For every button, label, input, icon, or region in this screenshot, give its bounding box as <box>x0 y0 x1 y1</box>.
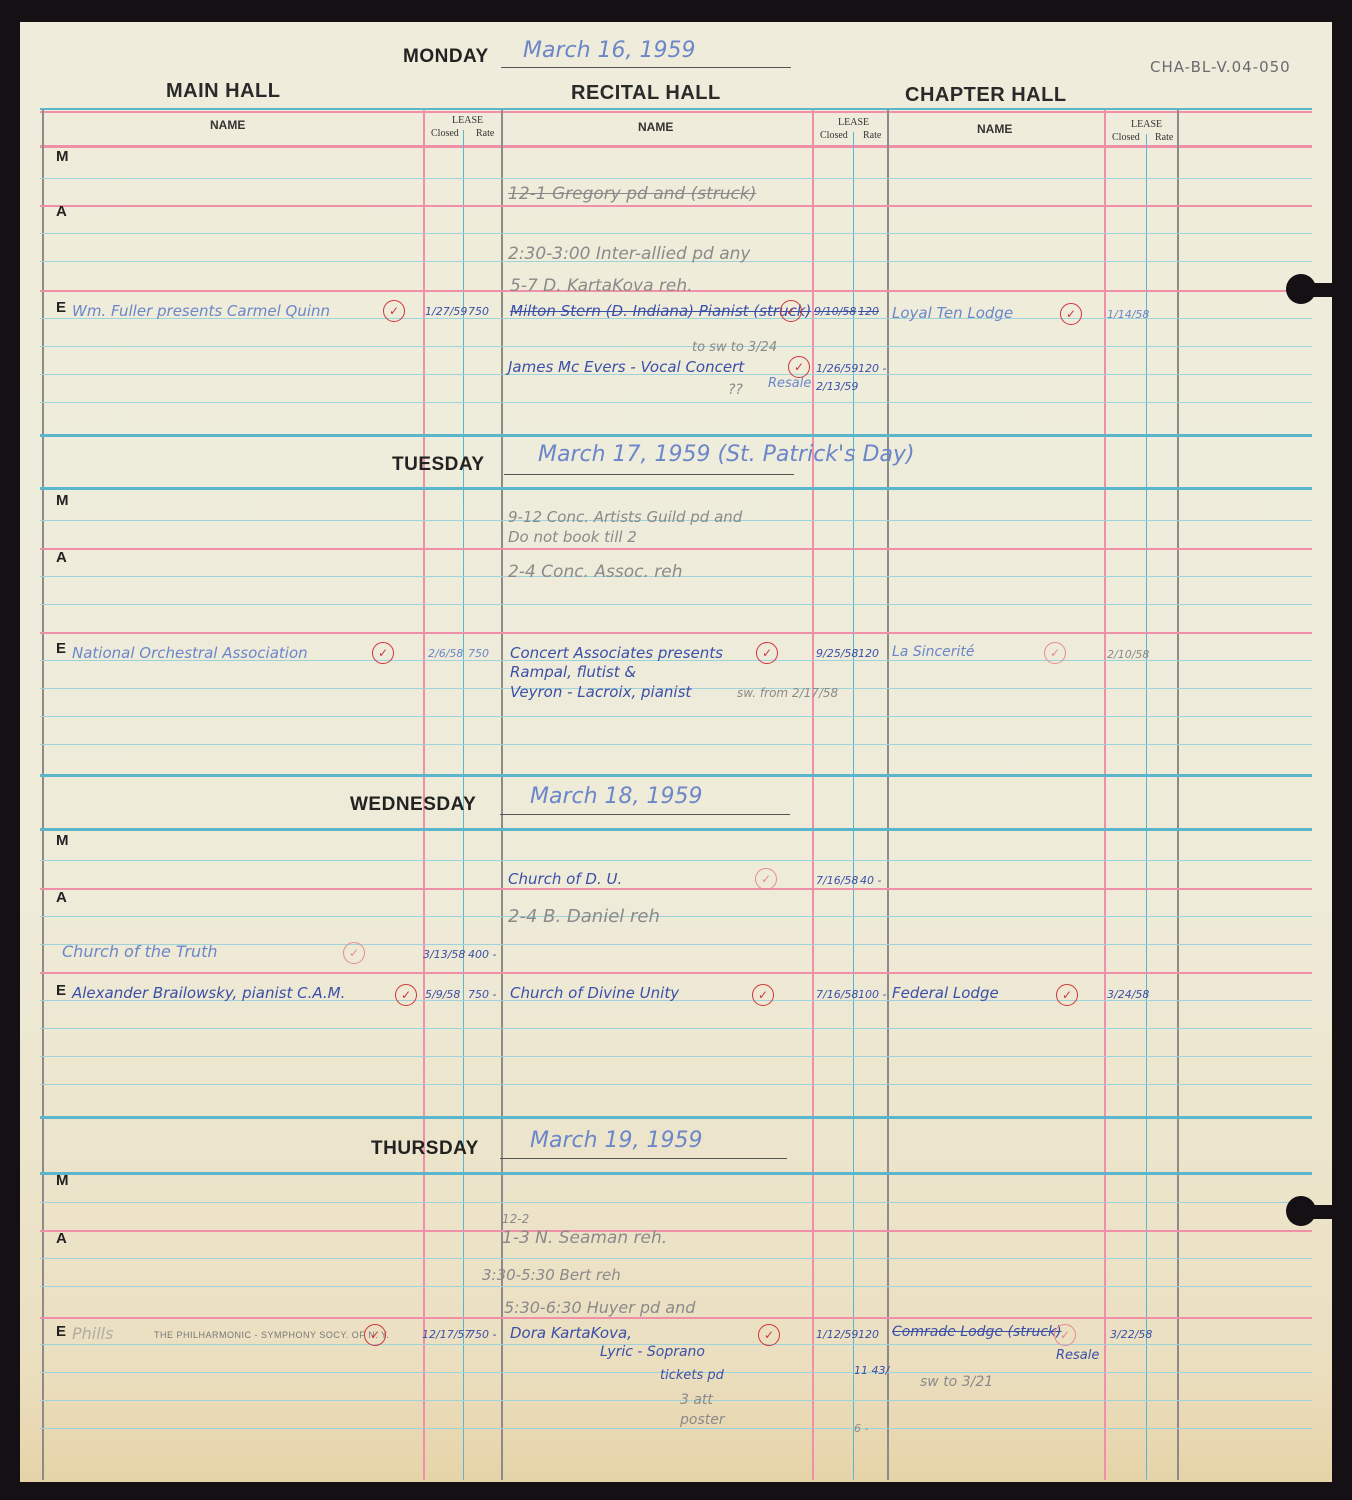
check-mark-icon: ✓ <box>780 300 802 322</box>
header-bottom-rule <box>40 145 1312 148</box>
thursday-main-evening-rate: 750 - <box>468 1328 496 1341</box>
thursday-recital-poster: poster <box>680 1412 725 1428</box>
main-name-header: NAME <box>210 118 245 132</box>
wednesday-main-afternoon-name: Church of the Truth <box>62 942 218 961</box>
monday-recital-evening2-rate: 120 - <box>858 362 886 375</box>
monday-recital-evening2-closed2: 2/13/59 <box>816 380 858 393</box>
wednesday-start-rule <box>40 828 1312 831</box>
thursday-main-stamp: THE PHILHARMONIC - SYMPHONY SOCY. OF N. … <box>154 1330 389 1340</box>
thursday-chapter-resale: Resale <box>1056 1348 1099 1363</box>
wednesday-recital-afternoon-closed: 7/16/58 <box>816 874 858 887</box>
monday-recital-evening-rate: 120 <box>858 305 879 318</box>
chapter-rate-header: Rate <box>1155 132 1173 143</box>
recital-closed-header: Closed <box>820 130 848 141</box>
recital-name-header: NAME <box>638 120 673 134</box>
thursday-chapter-evening-closed: 3/22/58 <box>1110 1328 1152 1341</box>
reference-code: CHA-BL-V.04-050 <box>1150 58 1291 76</box>
rule <box>40 1428 1312 1429</box>
rule <box>40 1317 1312 1319</box>
rule <box>40 1258 1312 1259</box>
thursday-period-e: E <box>56 1323 66 1340</box>
rule <box>40 944 1312 945</box>
thursday-recital-evening-closed: 1/12/59 <box>816 1328 858 1341</box>
monday-recital-evening2-name: James Mc Evers - Vocal Concert <box>508 358 744 376</box>
check-mark-icon: ✓ <box>1060 303 1082 325</box>
check-mark-icon: ✓ <box>755 868 777 890</box>
wednesday-recital-evening-rate: 100 - <box>858 988 886 1001</box>
chapter-start-rule <box>887 110 889 1480</box>
monday-period-e: E <box>56 299 66 316</box>
rule <box>40 1400 1312 1401</box>
check-mark-icon: ✓ <box>364 1324 386 1346</box>
wednesday-main-afternoon-rate: 400 - <box>468 948 496 961</box>
wednesday-recital-evening-closed: 7/16/58 <box>816 988 858 1001</box>
chapter-closed-rule <box>1104 110 1106 1480</box>
rule <box>40 888 1312 890</box>
check-mark-icon: ✓ <box>1056 984 1078 1006</box>
rule <box>40 916 1312 917</box>
monday-label: MONDAY <box>403 46 489 68</box>
thursday-recital-evening-rate3: 6 - <box>854 1422 868 1435</box>
monday-recital-note-3: 5-7 D. KartaKova reh. <box>510 276 693 296</box>
tuesday-date-line <box>504 474 794 475</box>
main-hall-title: MAIN HALL <box>166 80 280 103</box>
thursday-date-line <box>500 1158 787 1159</box>
rule <box>40 1028 1312 1029</box>
rule <box>40 548 1312 550</box>
monday-recital-evening2-sub: ?? <box>728 382 743 398</box>
wednesday-recital-afternoon-rate: 40 - <box>860 874 881 887</box>
thursday-recital-att: 3 att <box>680 1392 713 1408</box>
thursday-recital-note-4: 5:30-6:30 Huyer pd and <box>504 1298 695 1317</box>
rule <box>40 205 1312 207</box>
thursday-recital-evening-name: Dora KartaKova, <box>510 1324 632 1342</box>
wednesday-period-m: M <box>56 832 69 849</box>
wednesday-chapter-evening-closed: 3/24/58 <box>1107 988 1149 1001</box>
monday-recital-switch-note: to sw to 3/24 <box>692 340 777 355</box>
check-mark-icon: ✓ <box>1054 1324 1076 1346</box>
rule <box>40 1230 1312 1232</box>
header-top-rule <box>40 108 1312 110</box>
recital-rate-header: Rate <box>863 130 881 141</box>
check-mark-icon: ✓ <box>395 984 417 1006</box>
recital-hall-title: RECITAL HALL <box>571 82 721 105</box>
monday-period-m: M <box>56 148 69 165</box>
rule <box>40 1202 1312 1203</box>
recital-rate-rule <box>853 132 854 1480</box>
thursday-recital-note-1: 12-2 <box>502 1212 529 1226</box>
booking-ledger-page: CHA-BL-V.04-050 MAIN HALL RECITAL HALL C… <box>20 22 1332 1482</box>
tuesday-label: TUESDAY <box>392 454 485 476</box>
tuesday-period-a: A <box>56 549 67 566</box>
tuesday-recital-evening-closed: 9/25/58 <box>816 647 858 660</box>
monday-chapter-evening-name: Loyal Ten Lodge <box>892 304 1013 322</box>
wednesday-recital-afternoon-name: Church of D. U. <box>508 870 622 888</box>
recital-lease-header: LEASE <box>838 117 869 128</box>
rule <box>40 1286 1312 1287</box>
monday-main-evening-name: Wm. Fuller presents Carmel Quinn <box>72 302 330 320</box>
rule <box>40 972 1312 974</box>
rule <box>40 632 1312 634</box>
wednesday-recital-note-1: 2-4 B. Daniel reh <box>508 906 660 927</box>
wednesday-end-rule <box>40 1116 1312 1119</box>
check-mark-icon: ✓ <box>343 942 365 964</box>
tuesday-recital-note-2: Do not book till 2 <box>508 528 637 546</box>
rule <box>40 346 1312 347</box>
monday-period-a: A <box>56 203 67 220</box>
chapter-name-header: NAME <box>977 122 1012 136</box>
monday-recital-evening-closed: 9/10/58 <box>814 305 856 318</box>
wednesday-chapter-evening-name: Federal Lodge <box>892 984 999 1002</box>
main-closed-header: Closed <box>431 128 459 139</box>
monday-date: March 16, 1959 <box>523 38 696 63</box>
monday-main-evening-closed: 1/27/59 <box>425 305 467 318</box>
check-mark-icon: ✓ <box>372 642 394 664</box>
rule <box>40 860 1312 861</box>
thursday-recital-note-3: 3:30-5:30 Bert reh <box>482 1266 621 1284</box>
tuesday-recital-evening-rate: 120 <box>858 647 879 660</box>
tuesday-main-evening-closed: 2/6/58 <box>428 647 463 660</box>
chapter-hall-title: CHAPTER HALL <box>905 84 1067 107</box>
monday-recital-note-2: 2:30-3:00 Inter-allied pd any <box>508 244 750 264</box>
tuesday-recital-switch-note: sw. from 2/17/58 <box>737 686 838 700</box>
wednesday-label: WEDNESDAY <box>350 794 476 816</box>
thursday-main-evening-closed: 12/17/57 <box>422 1328 471 1341</box>
thursday-recital-tickets: tickets pd <box>660 1368 724 1383</box>
monday-recital-evening-name: Milton Stern (D. Indiana) Pianist (struc… <box>510 302 811 320</box>
tuesday-period-m: M <box>56 492 69 509</box>
thursday-label: THURSDAY <box>371 1138 479 1160</box>
rule <box>40 1056 1312 1057</box>
wednesday-main-evening-closed: 5/9/58 <box>425 988 460 1001</box>
tuesday-period-e: E <box>56 640 66 657</box>
wednesday-main-evening-name: Alexander Brailowsky, pianist C.A.M. <box>72 984 345 1002</box>
main-rate-header: Rate <box>476 128 494 139</box>
check-mark-icon: ✓ <box>752 984 774 1006</box>
tuesday-date: March 17, 1959 (St. Patrick's Day) <box>538 442 915 467</box>
thursday-chapter-switch-note: sw to 3/21 <box>920 1374 993 1390</box>
monday-main-evening-rate: 750 <box>468 305 489 318</box>
thursday-recital-evening-sub: Lyric - Soprano <box>600 1344 705 1360</box>
wednesday-recital-evening-name: Church of Divine Unity <box>510 984 679 1002</box>
monday-recital-note-1: 12-1 Gregory pd and (struck) <box>508 184 756 204</box>
tuesday-recital-evening-line-2: Rampal, flutist & <box>510 663 636 681</box>
check-mark-icon: ✓ <box>1044 642 1066 664</box>
right-margin-rule <box>1177 110 1179 1480</box>
check-mark-icon: ✓ <box>756 642 778 664</box>
tuesday-chapter-evening-name: La Sincerité <box>892 644 975 660</box>
rule <box>40 1084 1312 1085</box>
left-margin-rule <box>42 110 44 1480</box>
chapter-lease-header: LEASE <box>1131 119 1162 130</box>
tuesday-start-rule <box>40 487 1312 490</box>
tuesday-recital-evening-line-1: Concert Associates presents <box>510 644 723 662</box>
check-mark-icon: ✓ <box>788 356 810 378</box>
wednesday-period-a: A <box>56 889 67 906</box>
wednesday-date-line <box>500 814 790 815</box>
tuesday-recital-note-3: 2-4 Conc. Assoc. reh <box>508 562 683 582</box>
check-mark-icon: ✓ <box>383 300 405 322</box>
monday-recital-evening2-closed: 1/26/59 <box>816 362 858 375</box>
wednesday-main-afternoon-closed: 3/13/58 <box>423 948 465 961</box>
tuesday-recital-evening-line-3: Veyron - Lacroix, pianist <box>510 683 691 701</box>
tuesday-chapter-evening-closed: 2/10/58 <box>1107 648 1149 661</box>
rule <box>40 604 1312 605</box>
main-lease-header: LEASE <box>452 115 483 126</box>
header-top-rule-pink <box>40 111 1312 113</box>
thursday-start-rule <box>40 1172 1312 1175</box>
rule <box>40 233 1312 234</box>
thursday-main-evening-name: Phills <box>72 1324 113 1343</box>
thursday-period-a: A <box>56 1230 67 1247</box>
monday-date-line <box>501 67 791 68</box>
binder-hole-slot <box>1300 283 1340 297</box>
wednesday-period-e: E <box>56 982 66 999</box>
monday-end-rule <box>40 434 1312 437</box>
rule <box>40 716 1312 717</box>
monday-recital-resale: Resale <box>768 376 811 391</box>
wednesday-date: March 18, 1959 <box>530 784 703 809</box>
rule <box>40 178 1312 179</box>
rule <box>40 402 1312 403</box>
thursday-period-m: M <box>56 1172 69 1189</box>
wednesday-main-evening-rate: 750 - <box>468 988 496 1001</box>
thursday-recital-evening-rate: 120 <box>858 1328 879 1341</box>
chapter-closed-header: Closed <box>1112 132 1140 143</box>
thursday-recital-evening-rate2: 11 43/ <box>854 1364 889 1377</box>
rule <box>40 744 1312 745</box>
thursday-recital-note-2: 1-3 N. Seaman reh. <box>502 1228 667 1248</box>
binder-hole-slot <box>1300 1205 1340 1219</box>
monday-chapter-evening-closed: 1/14/58 <box>1107 308 1149 321</box>
tuesday-main-evening-rate: 750 <box>468 647 489 660</box>
tuesday-recital-note-1: 9-12 Conc. Artists Guild pd and <box>508 508 742 526</box>
tuesday-end-rule <box>40 774 1312 777</box>
thursday-chapter-evening-name: Comrade Lodge (struck) <box>892 1324 1062 1340</box>
tuesday-main-evening-name: National Orchestral Association <box>72 644 308 662</box>
chapter-rate-rule <box>1146 134 1147 1480</box>
thursday-date: March 19, 1959 <box>530 1128 703 1153</box>
check-mark-icon: ✓ <box>758 1324 780 1346</box>
